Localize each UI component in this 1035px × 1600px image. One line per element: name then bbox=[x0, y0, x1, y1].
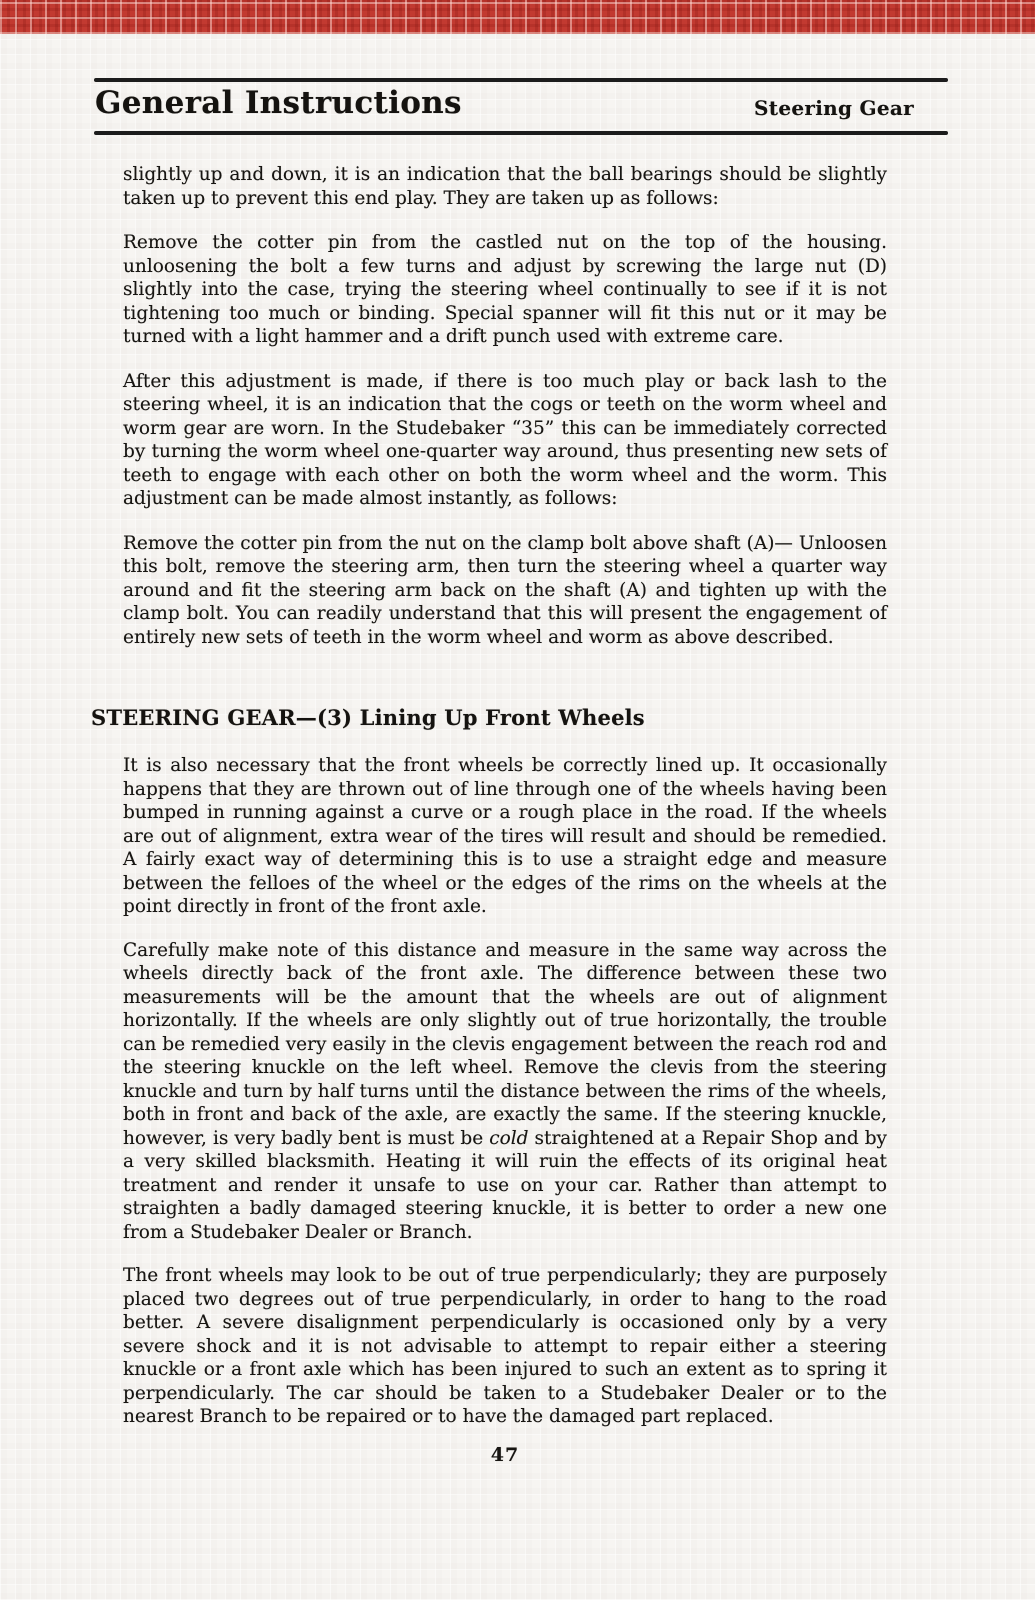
intro-paragraphs: slightly up and down, it is an indicatio… bbox=[123, 163, 887, 649]
paragraph-wheels-lined-up: It is also necessary that the front whee… bbox=[123, 754, 887, 919]
header-rule-top bbox=[94, 78, 948, 82]
paragraph-perpendicular-alignment: The front wheels may look to be out of t… bbox=[123, 1264, 887, 1429]
running-head-section-title: Steering Gear bbox=[754, 96, 914, 120]
red-fabric-edge-band bbox=[0, 0, 1035, 34]
paragraph-measure-alignment: Carefully make note of this distance and… bbox=[123, 939, 887, 1245]
paragraph-clamp-bolt-steering-arm: Remove the cotter pin from the nut on th… bbox=[123, 532, 887, 650]
paragraph-back-lash-worm-wheel: After this adjustment is made, if there … bbox=[123, 370, 887, 511]
paragraph-end-play: slightly up and down, it is an indicatio… bbox=[123, 163, 887, 210]
lining-up-front-wheels-section: STEERING GEAR—(3) Lining Up Front Wheels… bbox=[91, 705, 887, 1429]
header-rule-bottom bbox=[94, 131, 948, 135]
scanned-manual-page: General Instructions Steering Gear sligh… bbox=[0, 0, 1035, 1600]
paragraph-cotter-pin-castled-nut: Remove the cotter pin from the castled n… bbox=[123, 231, 887, 349]
page-number: 47 bbox=[123, 1444, 887, 1466]
section-heading: STEERING GEAR—(3) Lining Up Front Wheels bbox=[91, 705, 887, 730]
paragraph-measure-alignment-text-before: Carefully make note of this distance and… bbox=[123, 940, 887, 1149]
italic-word-cold: cold bbox=[489, 1128, 528, 1149]
page-title: General Instructions bbox=[95, 85, 462, 121]
